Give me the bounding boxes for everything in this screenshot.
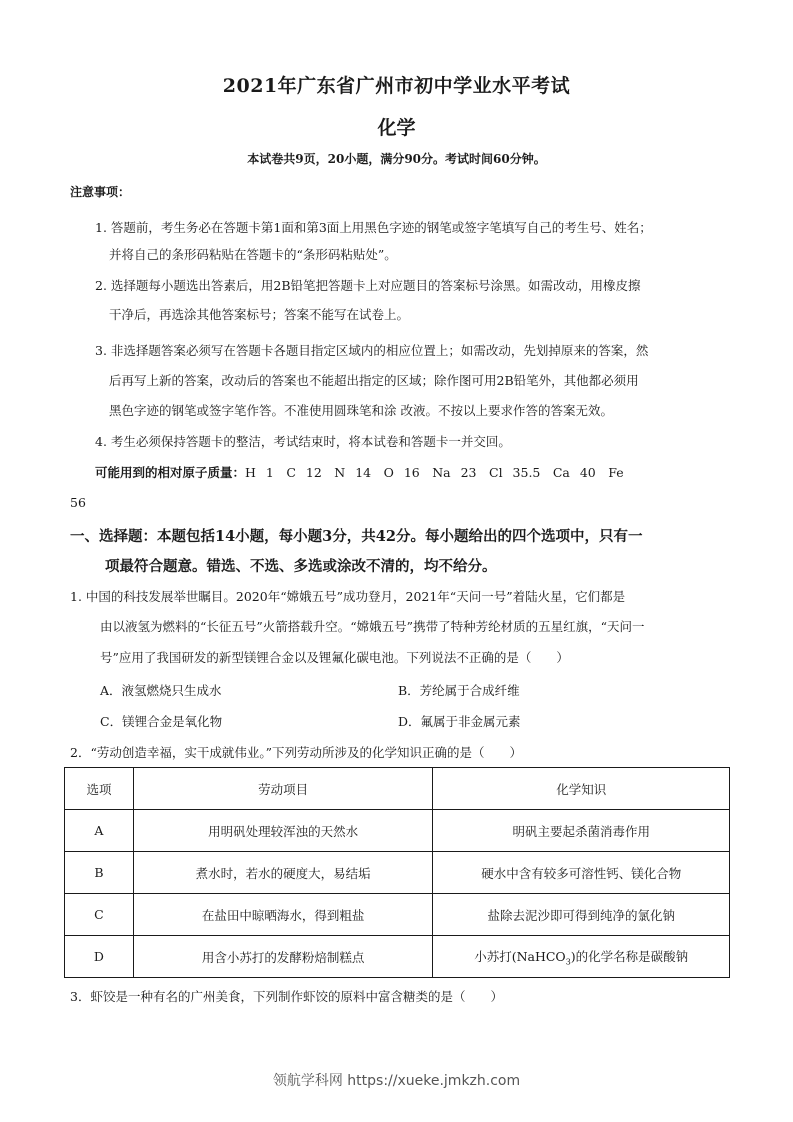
q1-option-a: A．液氢燃烧只生成水 bbox=[100, 681, 222, 699]
formula-suffix: )的化学名称是碳酸钠 bbox=[571, 949, 688, 964]
q1-option-d: D．氟属于非金属元素 bbox=[398, 712, 521, 730]
row-d-labor: 用含小苏打的发酵粉焙制糕点 bbox=[133, 936, 433, 978]
section-1-heading-line-2: 项最符合题意。错选、不选、多选或涂改不清的，均不给分。 bbox=[105, 555, 497, 576]
notice-line-6: 后再写上新的答案，改动后的答案也不能超出指定的区域；除作图可用2B铅笔外，其他都… bbox=[109, 371, 639, 389]
atomic-mass-values: H 1 C 12 N 14 O 16 Na 23 Cl 35.5 Ca 40 F… bbox=[245, 465, 624, 480]
notice-line-4: 干净后，再选涂其他答案标号；答案不能写在试卷上。 bbox=[109, 305, 409, 323]
row-c-labor: 在盐田中晾晒海水，得到粗盐 bbox=[133, 894, 433, 936]
formula-prefix: 小苏打(NaHCO bbox=[474, 949, 565, 964]
notice-line-8: 4. 考生必须保持答题卡的整洁，考试结束时，将本试卷和答题卡一并交回。 bbox=[95, 432, 511, 450]
notice-line-3: 2. 选择题每小题选出答素后，用2B铅笔把答题卡上对应题目的答案标号涂黑。如需改… bbox=[95, 276, 641, 294]
exam-title: 2021年广东省广州市初中学业水平考试 bbox=[0, 71, 793, 98]
q1-stem-line-2: 由以液氢为燃料的“长征五号”火箭搭载升空。“嫦娥五号”携带了特种芳纶材质的五星红… bbox=[100, 617, 644, 635]
header-option: 选项 bbox=[65, 768, 134, 810]
atomic-mass-label: 可能用到的相对原子质量： bbox=[95, 465, 245, 480]
table-row: B 煮水时，若水的硬度大，易结垢 硬水中含有较多可溶性钙、镁化合物 bbox=[65, 852, 730, 894]
q1-option-c: C．镁锂合金是氧化物 bbox=[100, 712, 222, 730]
row-b-knowledge: 硬水中含有较多可溶性钙、镁化合物 bbox=[433, 852, 730, 894]
row-b-option: B bbox=[65, 852, 134, 894]
atomic-mass-overflow: 56 bbox=[70, 495, 86, 510]
table-header-row: 选项 劳动项目 化学知识 bbox=[65, 768, 730, 810]
footer-watermark: 领航学科网 https://xueke.jmkzh.com bbox=[0, 1070, 793, 1090]
table-row: A 用明矾处理较浑浊的天然水 明矾主要起杀菌消毒作用 bbox=[65, 810, 730, 852]
section-1-heading-line-1: 一、选择题：本题包括14小题，每小题3分，共42分。每小题给出的四个选项中，只有… bbox=[70, 525, 642, 546]
row-d-knowledge: 小苏打(NaHCO3)的化学名称是碳酸钠 bbox=[433, 936, 730, 978]
q1-stem-line-1: 1. 中国的科技发展举世瞩目。2020年“嫦娥五号”成功登月，2021年“天问一… bbox=[70, 587, 625, 605]
notice-line-2: 并将自己的条形码粘贴在答题卡的“条形码粘贴处”。 bbox=[109, 245, 397, 263]
row-c-knowledge: 盐除去泥沙即可得到纯净的氯化钠 bbox=[433, 894, 730, 936]
row-a-knowledge: 明矾主要起杀菌消毒作用 bbox=[433, 810, 730, 852]
table-row: D 用含小苏打的发酵粉焙制糕点 小苏打(NaHCO3)的化学名称是碳酸钠 bbox=[65, 936, 730, 978]
notice-heading: 注意事项： bbox=[70, 183, 130, 200]
q2-stem: 2．“劳动创造幸福，实干成就伟业。”下列劳动所涉及的化学知识正确的是（ ） bbox=[70, 743, 522, 761]
exam-info: 本试卷共9页，20小题，满分90分。考试时间60分钟。 bbox=[0, 150, 793, 167]
q1-option-b: B．芳纶属于合成纤维 bbox=[398, 681, 520, 699]
notice-line-1: 1. 答题前，考生务必在答题卡第1面和第3面上用黑色字迹的钢笔或签字笔填写自己的… bbox=[95, 218, 652, 236]
header-chem-knowledge: 化学知识 bbox=[433, 768, 730, 810]
exam-subject: 化学 bbox=[0, 113, 793, 140]
row-a-labor: 用明矾处理较浑浊的天然水 bbox=[133, 810, 433, 852]
table-row: C 在盐田中晾晒海水，得到粗盐 盐除去泥沙即可得到纯净的氯化钠 bbox=[65, 894, 730, 936]
header-labor-item: 劳动项目 bbox=[133, 768, 433, 810]
row-d-option: D bbox=[65, 936, 134, 978]
q2-table: 选项 劳动项目 化学知识 A 用明矾处理较浑浊的天然水 明矾主要起杀菌消毒作用 … bbox=[64, 767, 730, 978]
row-c-option: C bbox=[65, 894, 134, 936]
notice-line-5: 3. 非选择题答案必须写在答题卡各题目指定区域内的相应位置上；如需改动，先划掉原… bbox=[95, 341, 648, 359]
row-a-option: A bbox=[65, 810, 134, 852]
row-b-labor: 煮水时，若水的硬度大，易结垢 bbox=[133, 852, 433, 894]
notice-line-7: 黑色字迹的钢笔或签字笔作答。不准使用圆珠笔和涂 改液。不按以上要求作答的答案无效… bbox=[109, 401, 613, 419]
atomic-mass-row: 可能用到的相对原子质量：H 1 C 12 N 14 O 16 Na 23 Cl … bbox=[95, 463, 624, 481]
q3-stem: 3．虾饺是一种有名的广州美食，下列制作虾饺的原料中富含糖类的是（ ） bbox=[70, 987, 503, 1005]
q1-stem-line-3: 号”应用了我国研发的新型镁锂合金以及锂氟化碳电池。下列说法不正确的是（ ） bbox=[100, 648, 569, 666]
